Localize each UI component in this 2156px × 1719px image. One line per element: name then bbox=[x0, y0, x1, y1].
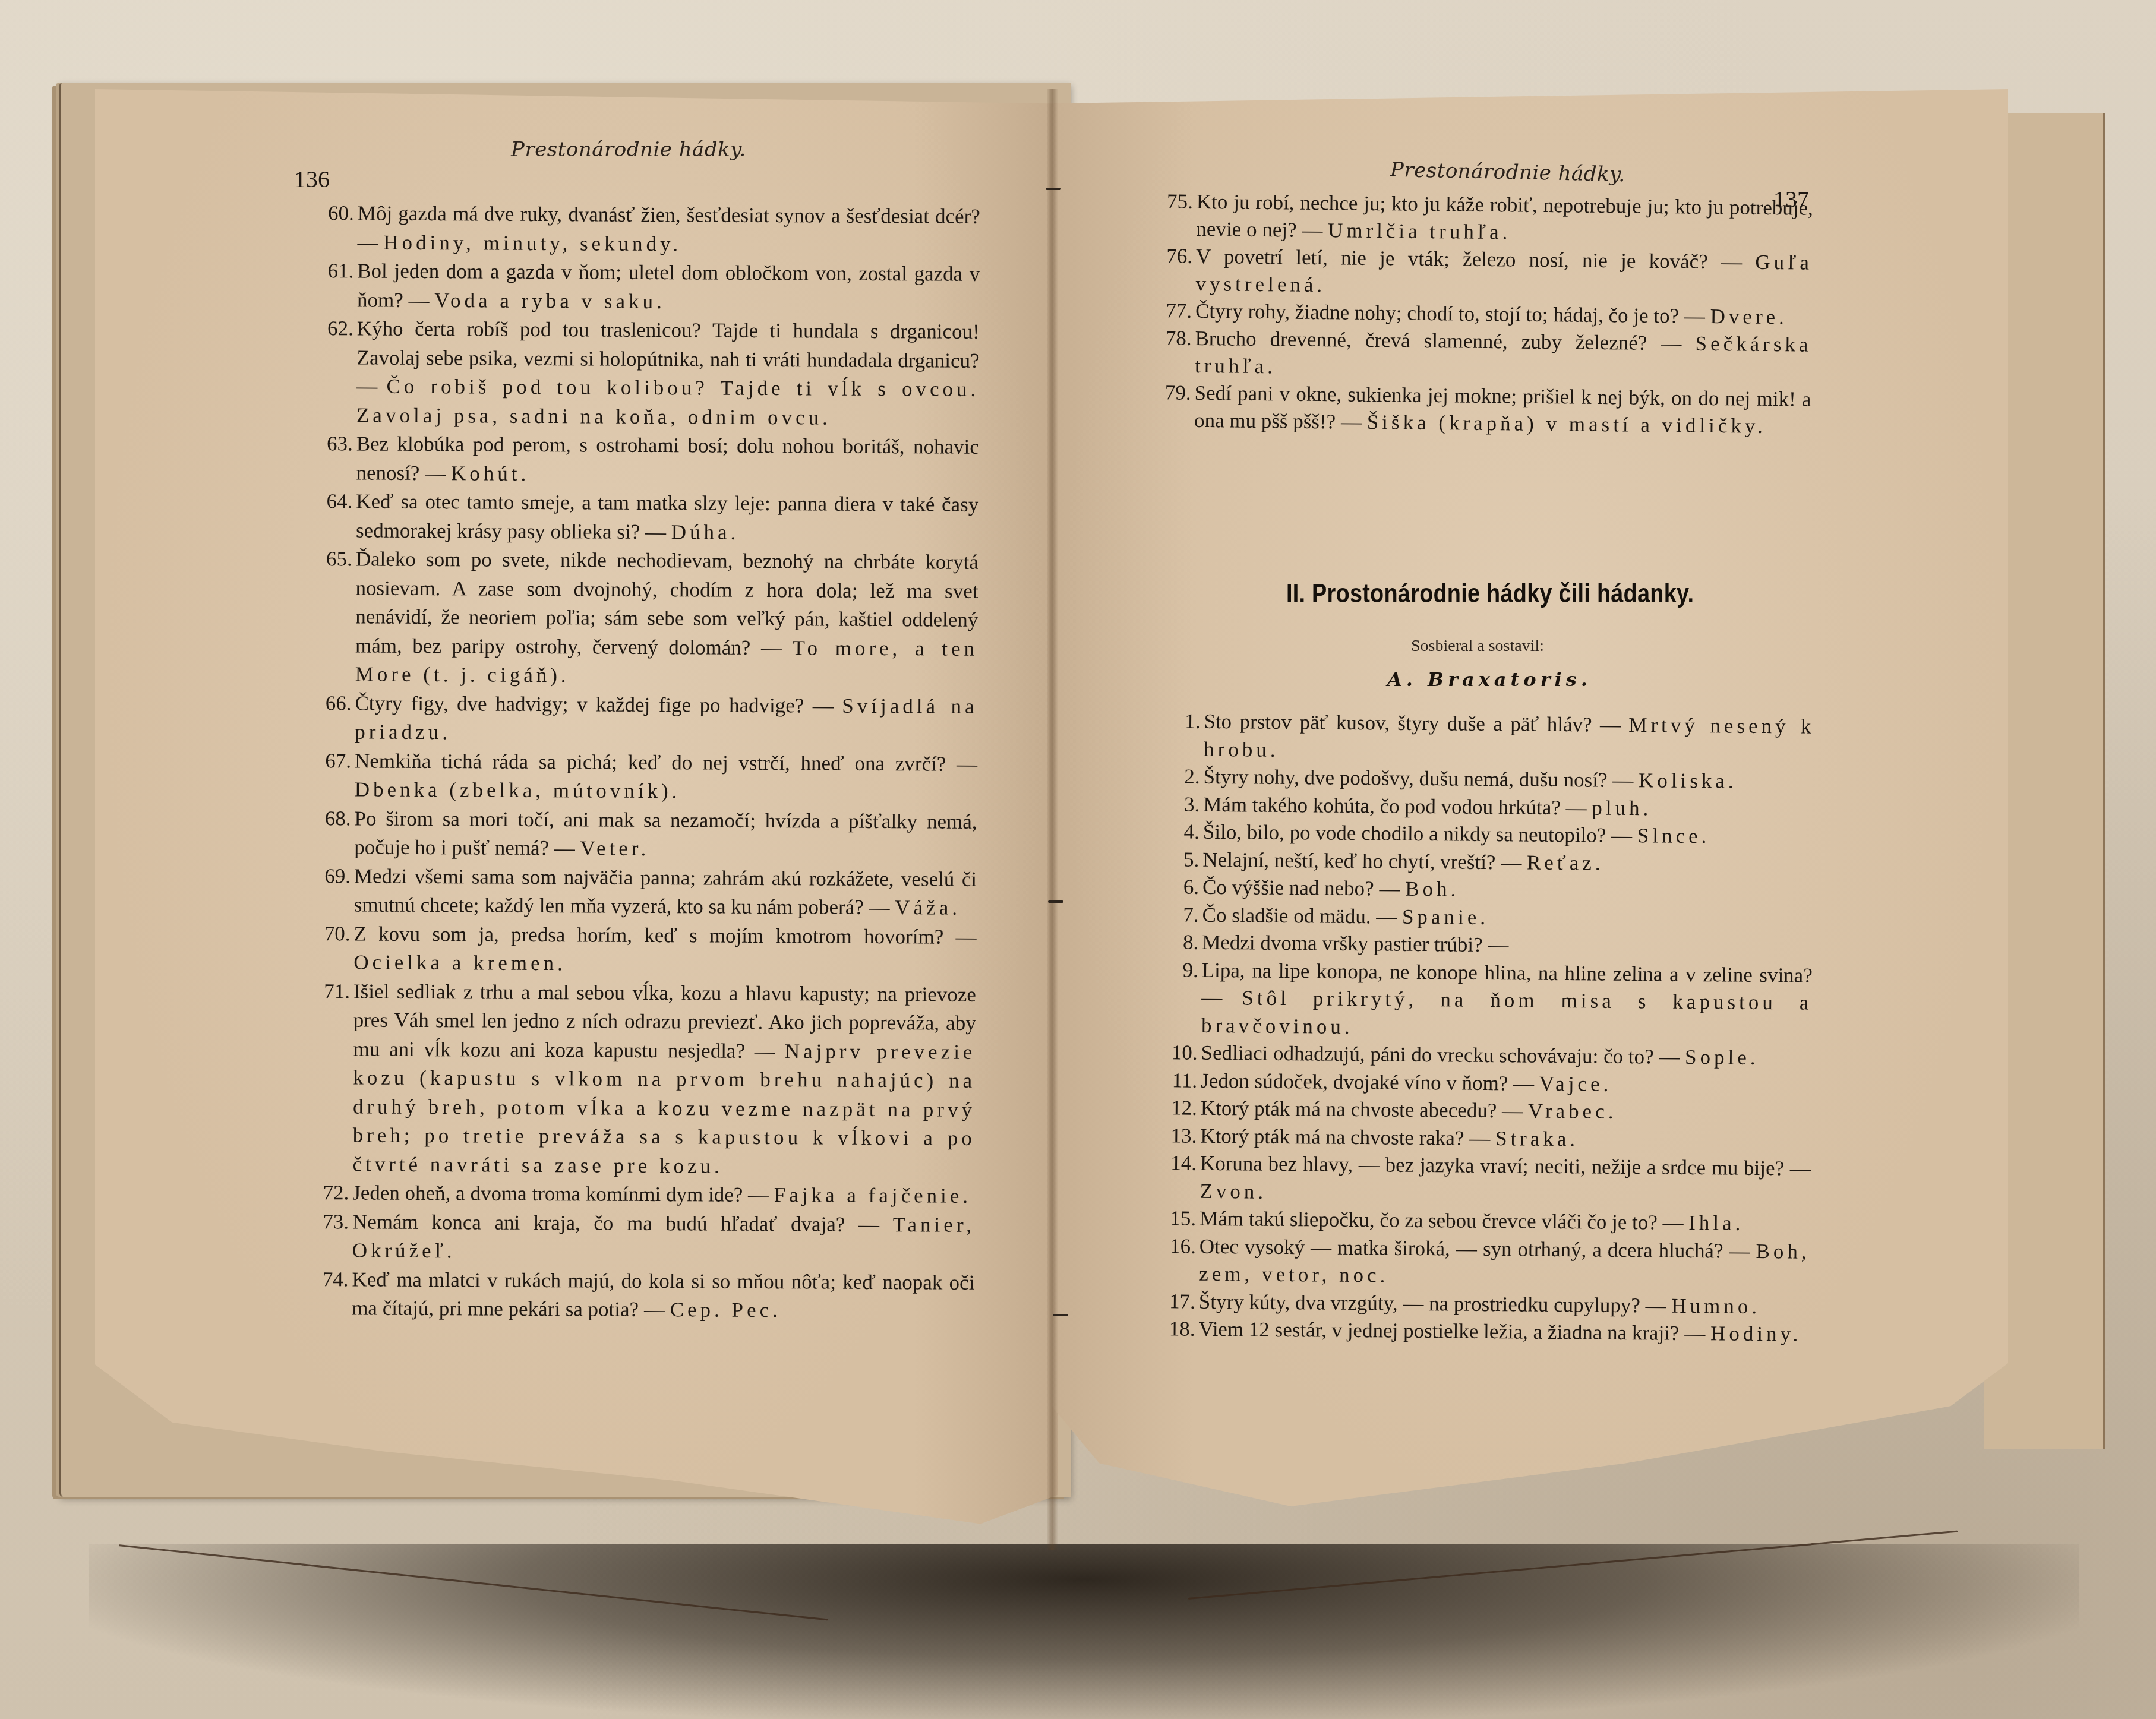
riddle-answer: Cep. Pec. bbox=[670, 1298, 781, 1322]
left-page-number: 136 bbox=[294, 165, 330, 193]
riddle-item: 66.Čtyry figy, dve hadvigy; v každej fig… bbox=[318, 689, 977, 750]
riddle-answer: Dúha. bbox=[671, 520, 740, 544]
riddle-item: 78.Brucho drevenné, črevá slamenné, zuby… bbox=[1158, 324, 1812, 386]
riddle-item: 69.Medzi všemi sama som najväčia panna; … bbox=[317, 862, 977, 923]
riddle-answer: Boh. bbox=[1405, 877, 1459, 901]
riddle-answer: Fajka a fajčenie. bbox=[774, 1183, 971, 1208]
riddle-item: 72.Jeden oheň, a dvoma troma komínmi dym… bbox=[315, 1178, 975, 1211]
right-riddle-list-section: 1.Sto prstov päť kusov, štyry duše a päť… bbox=[1161, 707, 1814, 1348]
riddle-item: 68.Po širom sa mori točí, ani mak sa nez… bbox=[317, 804, 977, 865]
riddle-item: 71.Išiel sedliak z trhu a mal sebou vĺka… bbox=[315, 977, 976, 1182]
book-shadow bbox=[89, 1544, 2079, 1719]
riddle-item: 64.Keď sa otec tamto smeje, a tam matka … bbox=[319, 487, 978, 548]
riddle-item: 74.Keď ma mlatci v rukách majú, do kola … bbox=[315, 1265, 974, 1326]
riddle-answer: Veter. bbox=[580, 836, 650, 860]
riddle-answer: Vrabec. bbox=[1528, 1099, 1617, 1123]
riddle-answer: Sople. bbox=[1685, 1045, 1759, 1069]
riddle-answer: Zvon. bbox=[1199, 1179, 1267, 1203]
riddle-answer: pluh. bbox=[1592, 796, 1652, 820]
riddle-answer: Dbenka (zbelka, mútovník). bbox=[355, 778, 681, 802]
riddle-item: 60.Môj gazda má dve ruky, dvanásť žien, … bbox=[320, 199, 980, 260]
riddle-item: 73.Nemám konca ani kraja, čo ma budú hľa… bbox=[315, 1208, 975, 1269]
binding-stitch bbox=[1053, 1314, 1068, 1316]
right-running-head: Prestonárodnie hádky. bbox=[1390, 158, 1625, 187]
riddle-answer: Hodiny. bbox=[1710, 1322, 1802, 1345]
riddle-item: 61.Bol jeden dom a gazda v ňom; uletel d… bbox=[320, 257, 980, 318]
riddle-answer: Umrlčia truhľa. bbox=[1328, 219, 1511, 244]
riddle-answer: Šiška (krapňa) v mastí a vidličky. bbox=[1367, 410, 1767, 438]
riddle-answer: Straka. bbox=[1495, 1127, 1579, 1151]
riddle-answer: Humno. bbox=[1671, 1294, 1760, 1317]
riddle-answer: Stôl prikrytý, na ňom misa s kapustou a … bbox=[1201, 986, 1813, 1038]
riddle-answer: Kohút. bbox=[451, 462, 529, 485]
riddle-item: 76.V povetrí letí, nie je vták; železo n… bbox=[1159, 242, 1813, 304]
riddle-answer: Voda a ryba v saku. bbox=[434, 289, 665, 313]
riddle-answer: Spanie. bbox=[1402, 905, 1489, 928]
riddle-answer: Ocielka a kremen. bbox=[353, 950, 566, 975]
riddle-answer: Koliska. bbox=[1639, 769, 1737, 792]
left-riddle-list: 60.Môj gazda má dve ruky, dvanásť žien, … bbox=[315, 199, 980, 1326]
riddle-answer: Slnce. bbox=[1637, 824, 1710, 848]
section-title: II. Prostonárodnie hádky čili hádanky. bbox=[1286, 579, 1694, 609]
riddle-item: 9.Lipa, na lipe konopa, ne konope hlina,… bbox=[1164, 956, 1813, 1045]
collector-label: Sosbieral a sostavil: bbox=[1411, 637, 1544, 656]
binding-stitch bbox=[1048, 900, 1063, 903]
riddle-item: 70.Z kovu som ja, predsa horím, keď s mo… bbox=[317, 919, 976, 981]
left-running-head: Prestonárodnie hádky. bbox=[511, 138, 746, 162]
riddle-item: 79.Sedí pani v okne, sukienka jej mokne;… bbox=[1157, 379, 1811, 441]
riddle-item: 63.Bez klobúka pod perom, s ostrohami bo… bbox=[319, 429, 978, 491]
right-riddle-list-top: 75.Kto ju robí, nechce ju; kto ju káže r… bbox=[1157, 188, 1813, 440]
riddle-item: 65.Ďaleko som po svete, nikde nechodieva… bbox=[318, 545, 978, 692]
riddle-answer: Ihla. bbox=[1688, 1211, 1744, 1235]
book-gutter bbox=[1047, 89, 1058, 1550]
riddle-item: 75.Kto ju robí, nechce ju; kto ju káže r… bbox=[1159, 188, 1813, 249]
riddle-item: 16.Otec vysoký — matka široká, — syn otr… bbox=[1162, 1233, 1810, 1294]
riddle-answer: Čo robiš pod tou kolibou? Tajde ti vĺk s… bbox=[356, 375, 979, 429]
riddle-answer: Váža. bbox=[895, 896, 961, 919]
riddle-item: 67.Nemkiňa tichá ráda sa pichá; keď do n… bbox=[318, 747, 977, 808]
riddle-answer: Dvere. bbox=[1710, 305, 1788, 328]
riddle-answer: Hodiny, minuty, sekundy. bbox=[383, 230, 681, 255]
collector-name: A. Braxatoris. bbox=[1387, 668, 1592, 691]
binding-stitch bbox=[1046, 188, 1061, 190]
riddle-item: 14.Koruna bez hlavy, — bez jazyka vraví;… bbox=[1163, 1149, 1811, 1211]
riddle-item: 1.Sto prstov päť kusov, štyry duše a päť… bbox=[1167, 707, 1815, 769]
riddle-item: 62.Kýho čerta robíš pod tou traslenicou?… bbox=[320, 314, 980, 433]
riddle-answer: Vajce. bbox=[1539, 1072, 1612, 1095]
riddle-answer: Reťaz. bbox=[1527, 851, 1604, 874]
riddle-item: 18.Viem 12 sestár, v jednej postielke le… bbox=[1161, 1315, 1809, 1348]
